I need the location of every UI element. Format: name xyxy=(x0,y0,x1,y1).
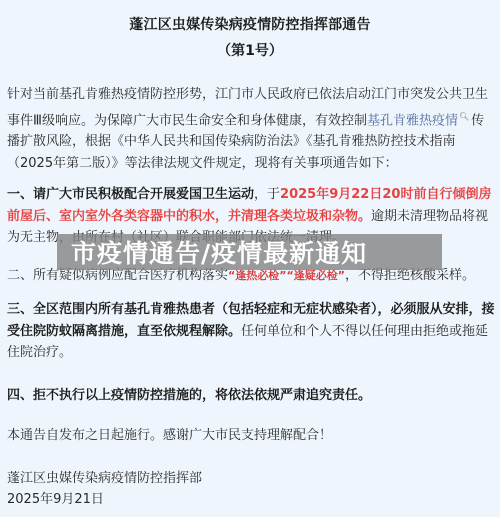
closing-statement: 本通告自发布之日起施行。感谢广大市民支持理解配合！ xyxy=(7,425,495,447)
item-three-paragraph: 三、全区范围内所有基孔肯雅热患者（包括轻症和无症状感染者），必须服从安排，接受住… xyxy=(7,299,495,364)
notice-document: 蓬江区虫媒传染病疫情防控指挥部通告 （第1号） 针对当前基孔肯雅热疫情防控形势，… xyxy=(0,0,500,517)
issue-date: 2025年9月21日 xyxy=(7,489,495,511)
search-icon[interactable]: 🔍︎ xyxy=(459,106,469,128)
item-two-start: 二、所有疑似病例应配合医疗机构落实 xyxy=(7,268,228,283)
notice-number: （第1号） xyxy=(0,40,500,60)
signature: 蓬江区虫媒传染病疫情防控指挥部 xyxy=(7,468,495,490)
intro-paragraph: 针对当前基孔肯雅热疫情防控形势，江门市人民政府已依法启动江门市突发公共卫生事件Ⅲ… xyxy=(7,84,495,174)
overlay-banner-text: 市疫情通告/疫情最新通知 xyxy=(71,234,367,270)
item-four-heading: 四、拒不执行以上疫情防控措施的，将依法依规严肃追究责任。 xyxy=(7,388,371,403)
item-two-highlight: “逢热必检”“逢疑必检” xyxy=(228,269,345,282)
item-one-connector: ，于 xyxy=(254,187,280,202)
overlay-banner: 市疫情通告/疫情最新通知 xyxy=(57,234,442,270)
item-one-heading: 一、请广大市民积极配合开展爱国卫生运动 xyxy=(7,187,254,202)
keyword-link[interactable]: 基孔肯雅热疫情 xyxy=(367,113,458,128)
notice-title: 蓬江区虫媒传染病疫情防控指挥部通告 xyxy=(0,14,500,34)
item-four-paragraph: 四、拒不执行以上疫情防控措施的，将依法依规严肃追究责任。 xyxy=(7,385,495,407)
item-two-rest: ，不得拒绝核酸采样。 xyxy=(345,268,475,283)
